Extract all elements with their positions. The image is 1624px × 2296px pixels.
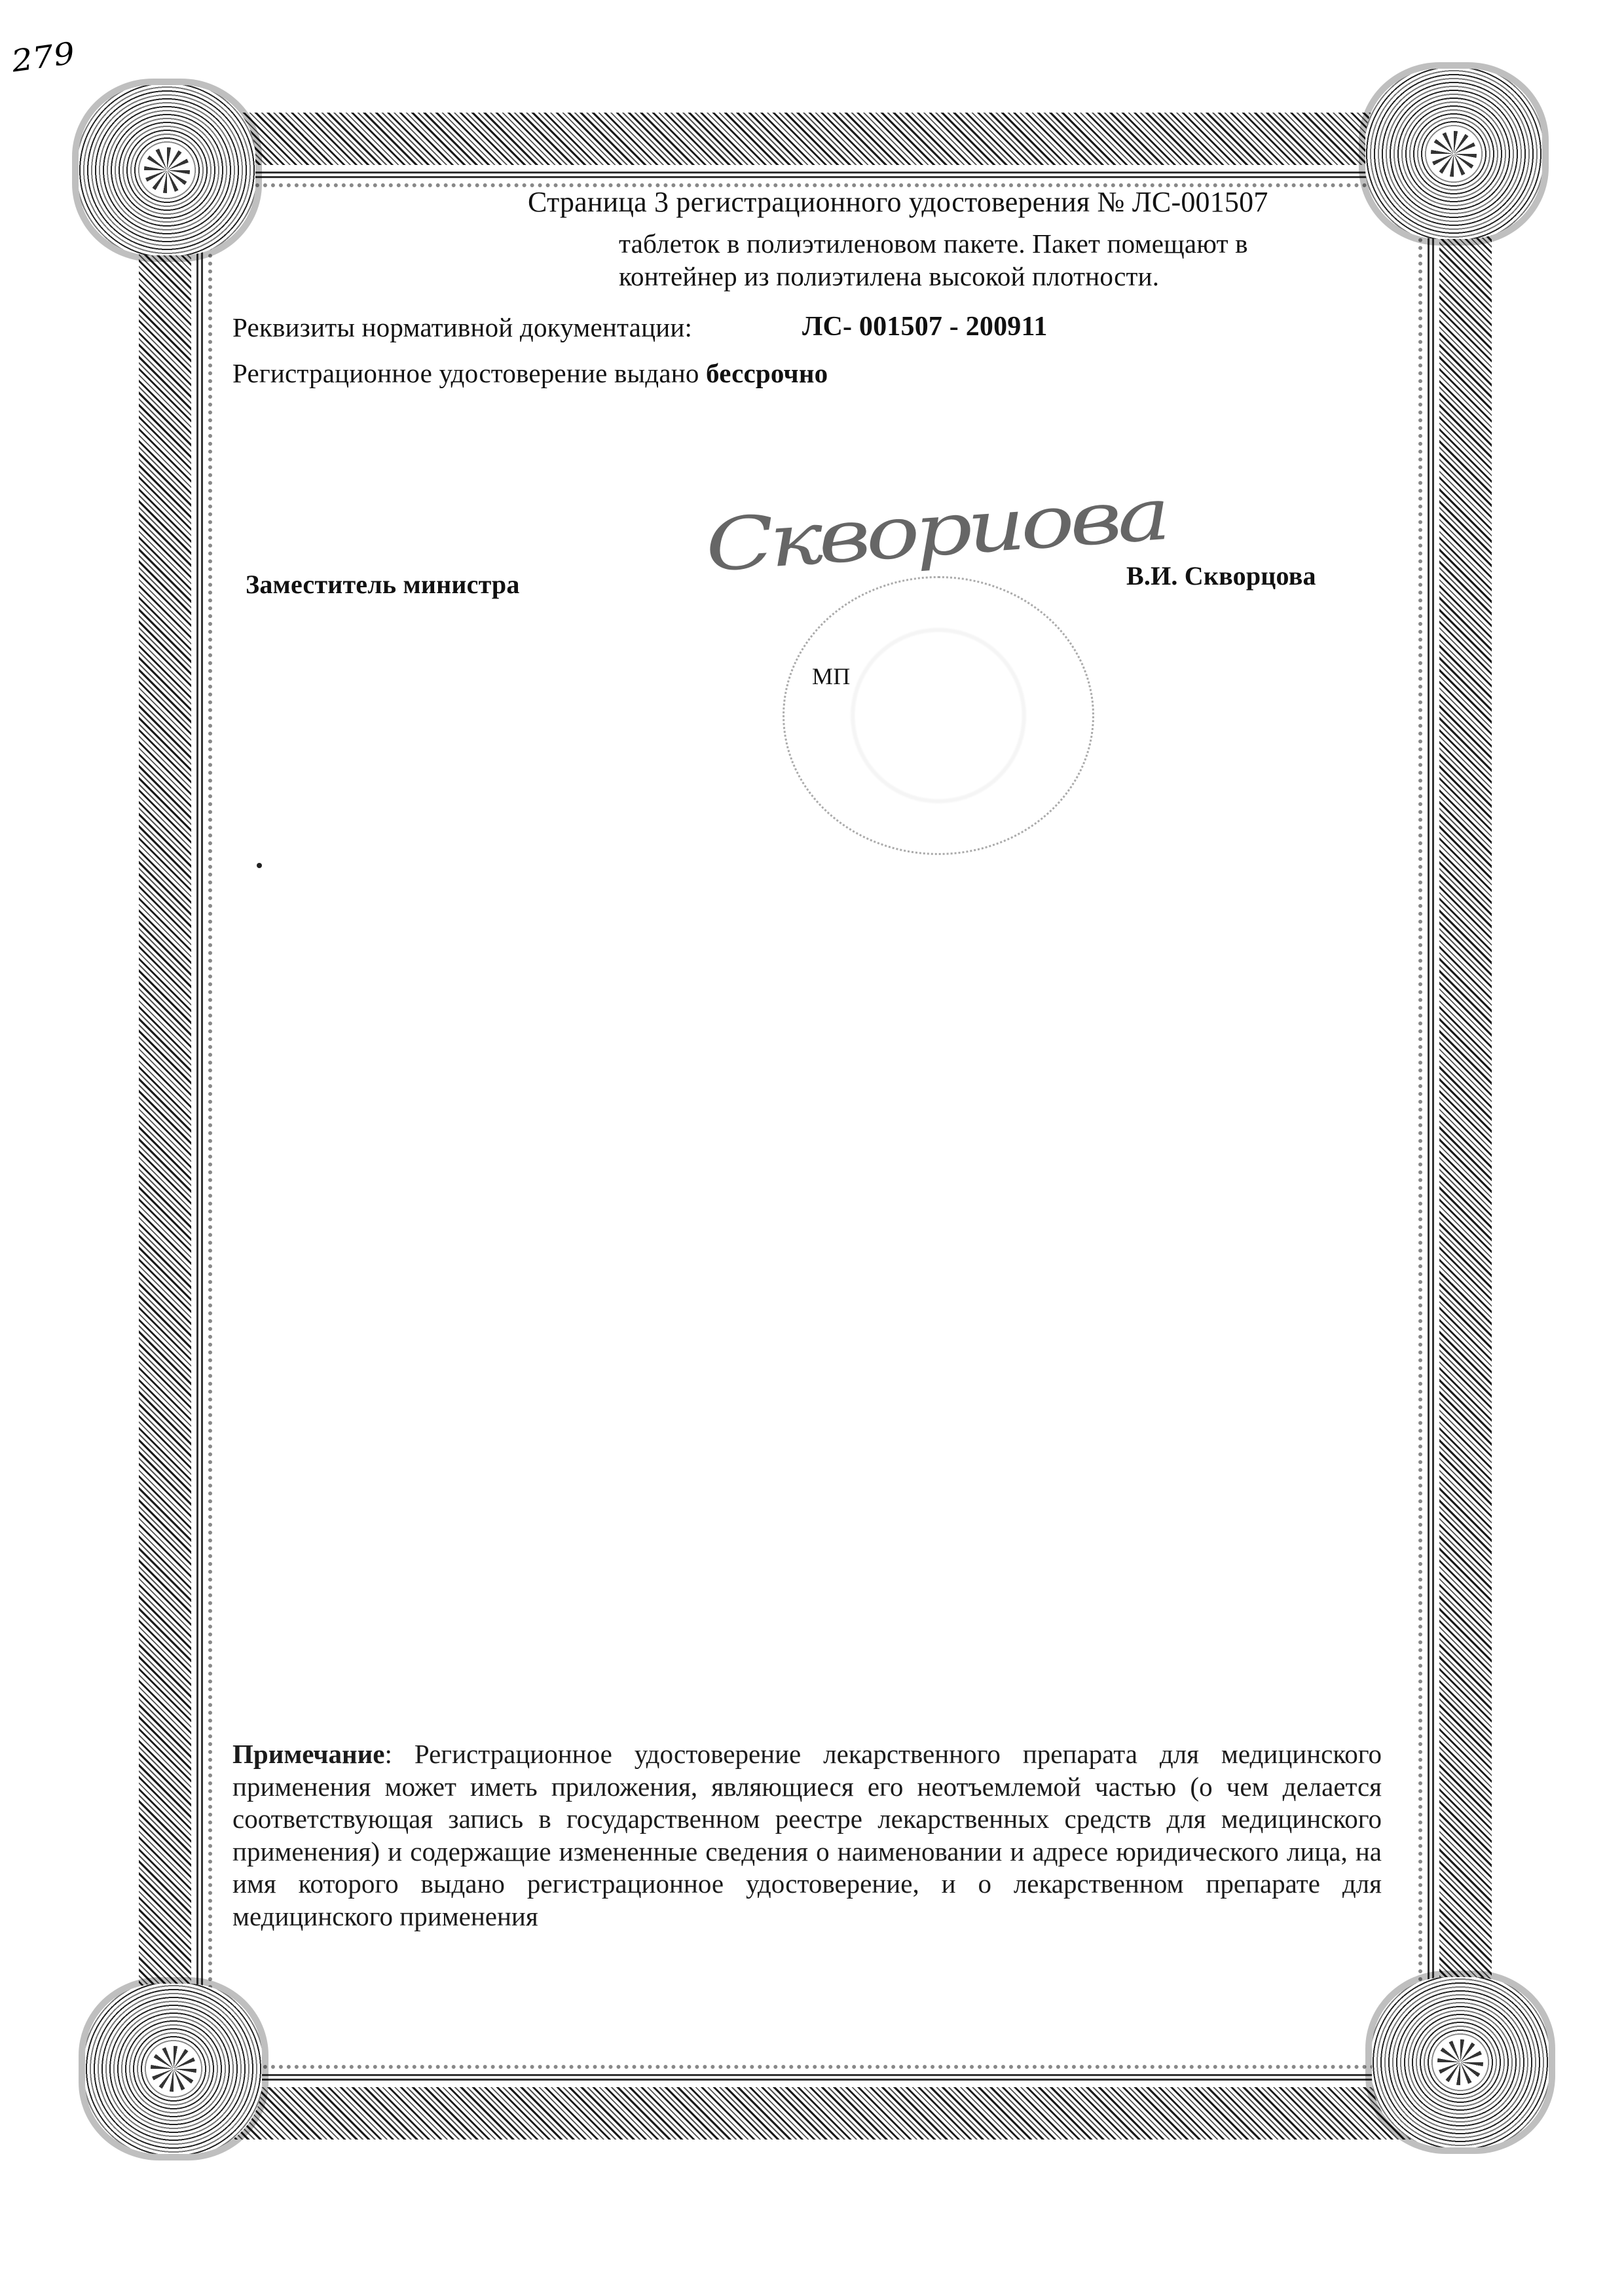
regulatory-docs-label: Реквизиты нормативной документации: (232, 314, 692, 341)
corner-rosette-icon (1365, 69, 1542, 239)
note-paragraph: Примечание: Регистрационное удостоверени… (232, 1738, 1382, 1933)
corner-rosette-icon (85, 1984, 262, 2154)
corner-rosette-icon (79, 85, 255, 255)
validity-term: бессрочно (706, 358, 828, 388)
note-text: : Регистрационное удостоверение лекарств… (232, 1739, 1382, 1931)
scan-artifact-dot (257, 863, 262, 868)
note-label: Примечание (232, 1739, 385, 1769)
validity-statement: Регистрационное удостоверение выдано бес… (232, 360, 828, 387)
signer-name: В.И. Скворцова (1126, 563, 1316, 589)
page-title: Страница 3 регистрационного удостоверени… (524, 188, 1272, 217)
handwritten-page-number: 279 (9, 35, 77, 79)
validity-prefix: Регистрационное удостоверение выдано (232, 358, 706, 388)
corner-rosette-icon (1372, 1977, 1549, 2147)
signer-role: Заместитель министра (246, 572, 520, 598)
packaging-text-line-1: таблеток в полиэтиленовом пакете. Пакет … (619, 230, 1248, 257)
packaging-text-line-2: контейнер из полиэтилена высокой плотнос… (619, 263, 1159, 290)
seal-label: МП (812, 665, 850, 688)
regulatory-docs-value: ЛС- 001507 - 200911 (802, 313, 1048, 340)
